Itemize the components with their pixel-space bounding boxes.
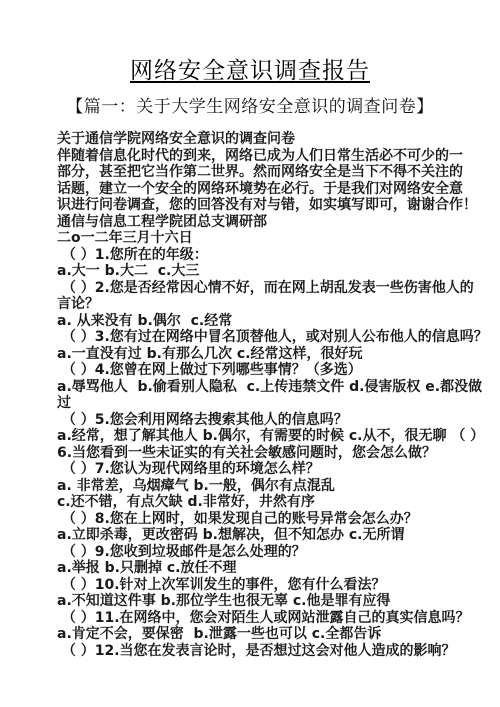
doc-line: a.举报 b.只删掉 c.放任不理 [57,560,488,577]
doc-line: （ ）3.您有过在网络中冒名顶替他人，或对别人公布他人的信息吗？ [57,329,488,346]
doc-line: 关于通信学院网络安全意识的调查问卷 [57,131,488,148]
doc-line: a.立即杀毒，更改密码 b.想解决，但不知怎办 c.无所谓 [57,527,488,544]
doc-line: （ ）1.您所在的年级： [57,247,488,264]
doc-line: c.还不错，有点欠缺 d.非常好，井然有序 [57,494,488,511]
doc-line: a. 非常差，乌烟瘴气 b.一般，偶尔有点混乱 [57,478,488,495]
doc-line: a.肯定不会，要保密 b.泄露一些也可以 c.全都告诉 [57,626,488,643]
doc-line: a.一直没有过 b.有那么几次 c.经常这样，很好玩 [57,346,488,363]
doc-line: a.大一 b.大二 c.大三 [57,263,488,280]
doc-line: （ ）8.您在上网时，如果发现自己的账号异常会怎么办？ [57,511,488,528]
doc-line: 二o一二年三月十六日 [57,230,488,247]
doc-line: （ ）10.针对上次军训发生的事件，您有什么看法？ [57,577,488,594]
document-body: 关于通信学院网络安全意识的调查问卷伴随着信息化时代的到来，网络已成为人们日常生活… [0,131,500,659]
doc-line: 部分，甚至把它当作第二世界。然而网络安全是当下不得不关注的 [57,164,488,181]
doc-line: 伴随着信息化时代的到来，网络已成为人们日常生活必不可少的一 [57,148,488,165]
doc-line: 言论？ [57,296,488,313]
doc-line: （ ）7.您认为现代网络里的环境怎么样？ [57,461,488,478]
doc-line: （ ）11.在网络中，您会对陌生人或网站泄露自己的真实信息吗？ [57,610,488,627]
doc-line: 识进行问卷调查，您的回答没有对与错，如实填写即可，谢谢合作！ [57,197,488,214]
page-title: 网络安全意识调查报告 [0,52,500,85]
doc-line: （ ）4.您曾在网上做过下列哪些事情？（多选） [57,362,488,379]
doc-line: a.不知道这件事 b.那位学生也很无辜 c.他是罪有应得 [57,593,488,610]
doc-line: （ ）5.您会利用网络去搜索其他人的信息吗？ [57,412,488,429]
page-subtitle: 【篇一：关于大学生网络安全意识的调查问卷】 [0,92,500,117]
doc-line: a. 从来没有 b.偶尔 c.经常 [57,313,488,330]
doc-line: a.辱骂他人 b.偷看别人隐私 c.上传违禁文件 d.侵害版权 e.都没做 [57,379,488,396]
doc-line: a.经常，想了解其他人 b.偶尔，有需要的时候 c.从不，很无聊 （ ） [57,428,488,445]
doc-line: （ ）9.您收到垃圾邮件是怎么处理的？ [57,544,488,561]
doc-line: 通信与信息工程学院团总支调研部 [57,214,488,231]
doc-line: （ ）12.当您在发表言论时，是否想过这会对他人造成的影响？ [57,643,488,660]
document-header: 网络安全意识调查报告 【篇一：关于大学生网络安全意识的调查问卷】 [0,0,500,117]
document-page: 网络安全意识调查报告 【篇一：关于大学生网络安全意识的调查问卷】 关于通信学院网… [0,0,500,707]
doc-line: （ ）2.您是否经常因心情不好，而在网上胡乱发表一些伤害他人的 [57,280,488,297]
doc-line: 6.当您看到一些未证实的有关社会敏感问题时，您会怎么做？ [57,445,488,462]
doc-line: 过 [57,395,488,412]
doc-line: 话题，建立一个安全的网络环境势在必行。于是我们对网络安全意 [57,181,488,198]
